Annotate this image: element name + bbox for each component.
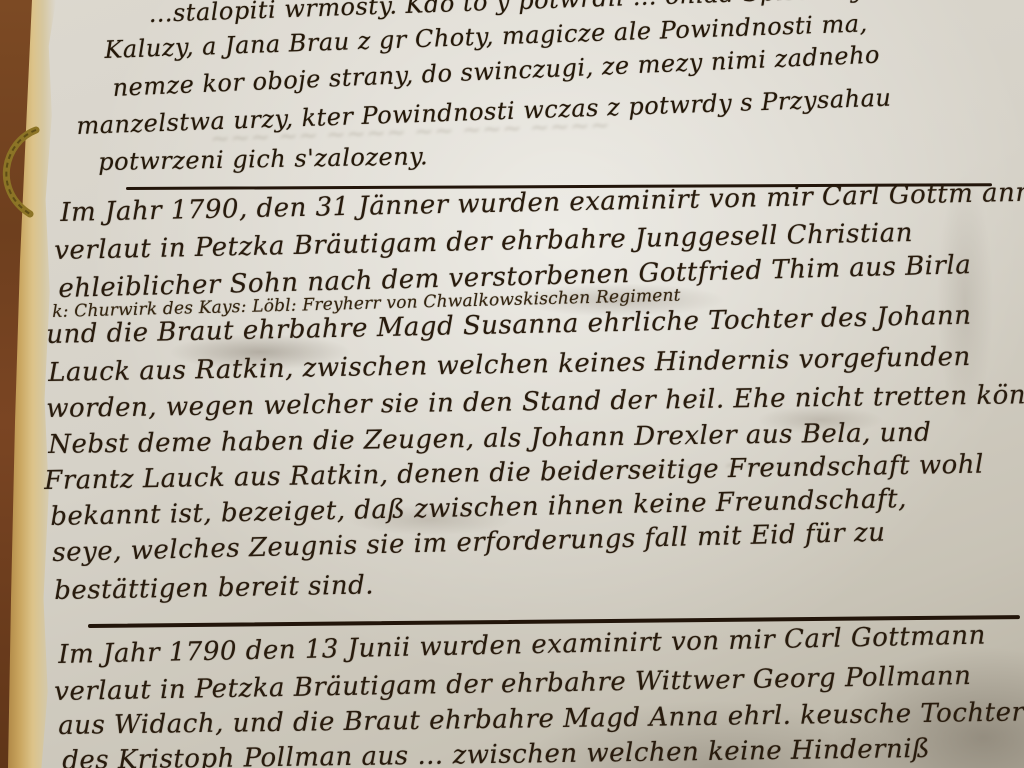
handwritten-line: potwrzeni gich s'zalozeny. [98,142,428,176]
manuscript-photo: ~~~ ~~ ~~~~ ~~ ~~~ ~~~~ ~~ ~~~ ~~ ~~~~ ~… [0,0,1024,768]
binding-cord [0,118,64,238]
handwritten-line: worden, wegen welcher sie in den Stand d… [46,380,1024,424]
handwritten-line: bestättigen bereit sind. [54,570,374,606]
handwritten-line: Lauck aus Ratkin, zwischen welchen keine… [48,342,971,388]
